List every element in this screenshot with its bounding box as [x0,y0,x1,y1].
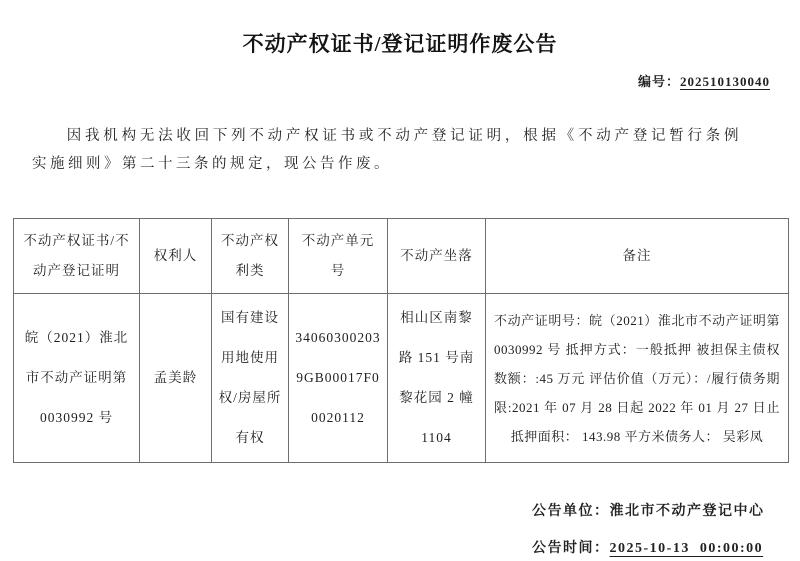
cell-holder: 孟美龄 [140,294,212,463]
intro-paragraph: 因我机构无法收回下列不动产权证书或不动产登记证明，根据《不动产登记暂行条例实施细… [32,122,742,178]
col-header-certificate: 不动产权证书/不动产登记证明 [14,219,140,294]
table-row: 皖（2021）淮北市不动产证明第 0030992 号 孟美龄 国有建设用地使用权… [14,294,789,463]
announce-unit: 公告单位：淮北市不动产登记中心 [532,493,800,530]
announce-time-value: 2025-10-13 00:00:00 [610,541,764,556]
col-header-remark: 备注 [486,219,789,294]
cancellation-table: 不动产权证书/不动产登记证明 权利人 不动产权利类 不动产单元号 不动产坐落 备… [13,218,789,463]
col-header-right-type: 不动产权利类 [212,219,289,294]
col-header-location: 不动产坐落 [388,219,486,294]
page-title: 不动产权证书/登记证明作废公告 [0,0,800,58]
cell-location: 相山区南黎路 151 号南黎花园 2 幢 1104 [388,294,486,463]
document-page: 不动产权证书/登记证明作废公告 编号：202510130040 因我机构无法收回… [0,0,800,561]
announcement-footer: 公告单位：淮北市不动产登记中心 公告时间：2025-10-13 00:00:00 [532,493,800,561]
cell-certificate: 皖（2021）淮北市不动产证明第 0030992 号 [14,294,140,463]
cell-right-type: 国有建设用地使用权/房屋所有权 [212,294,289,463]
doc-number: 编号：202510130040 [0,71,800,90]
cell-unit-number: 340603002039GB00017F00020112 [289,294,388,463]
cell-remark: 不动产证明号：皖（2021）淮北市不动产证明第 0030992 号 抵押方式：一… [486,294,789,463]
doc-number-value: 202510130040 [680,74,770,89]
announce-time: 公告时间：2025-10-13 00:00:00 [532,530,800,561]
announce-unit-value: 淮北市不动产登记中心 [610,504,765,519]
col-header-holder: 权利人 [140,219,212,294]
col-header-unit-number: 不动产单元号 [289,219,388,294]
announce-unit-label: 公告单位： [532,504,610,519]
announce-time-label: 公告时间： [532,541,610,556]
doc-number-label: 编号： [638,74,680,89]
table-header-row: 不动产权证书/不动产登记证明 权利人 不动产权利类 不动产单元号 不动产坐落 备… [14,219,789,294]
